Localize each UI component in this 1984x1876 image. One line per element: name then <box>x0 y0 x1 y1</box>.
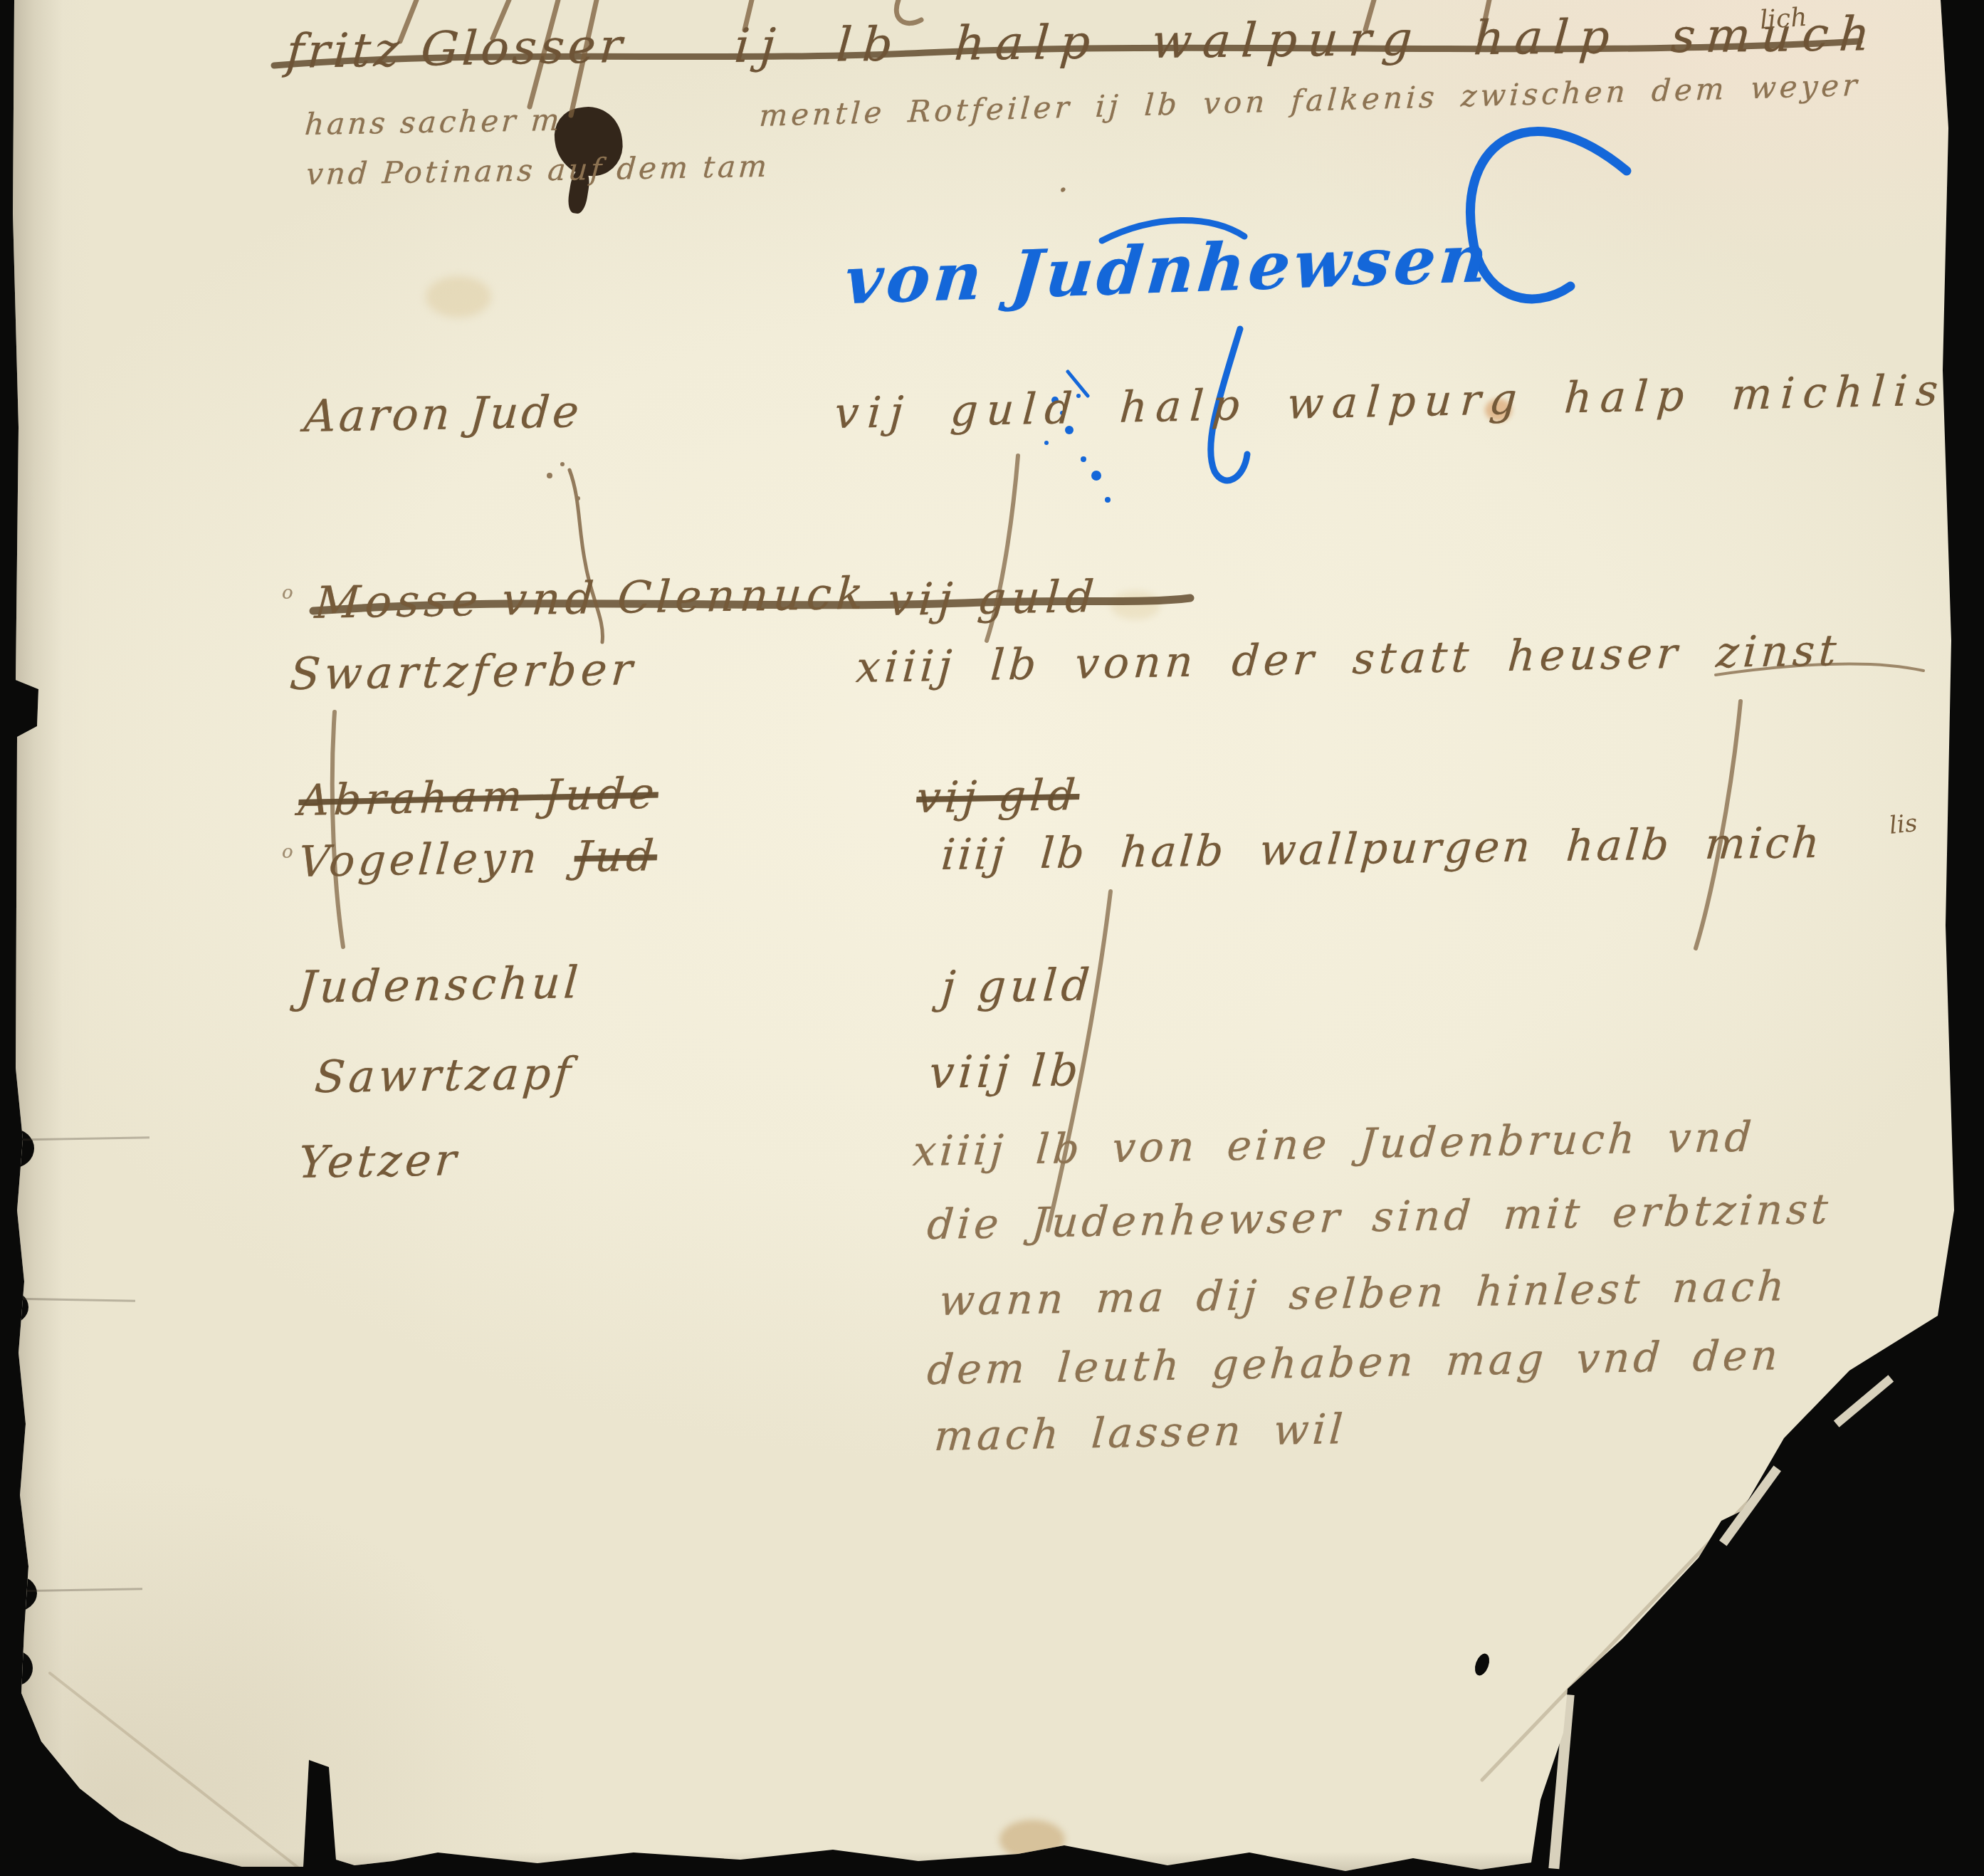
entry-name-judenschul: Judenschul <box>297 956 583 1013</box>
struck-text: Jud <box>572 831 658 882</box>
superscript-lich: lich <box>1759 3 1808 36</box>
scanned-manuscript-page: fritz Glosser ij lb halp walpurg halp sm… <box>0 0 1984 1876</box>
margin-mark: o <box>282 582 293 604</box>
name-text: Vogelleyn <box>297 833 542 887</box>
under-sheet-edge <box>1834 1375 1894 1427</box>
yetzer-note-line5: mach lassen wil <box>933 1405 1348 1460</box>
paper-creases <box>50 1454 1794 1874</box>
note-line1-start: hans sacher m <box>304 103 564 142</box>
entry-name-vogelleyn: Vogelleyn Jud <box>297 831 658 887</box>
paper-sheet: fritz Glosser ij lb halp walpurg halp sm… <box>0 0 1984 1876</box>
entry-name-mosse-clennuck: Mosse vnd Clennuck <box>313 567 870 629</box>
entry-name-fritz-glosser: fritz Glosser <box>285 19 628 79</box>
stitch-hole <box>0 1387 23 1411</box>
entry-value-mosse-clennuck: vij guld <box>886 570 1101 626</box>
entry-name-abraham-jude: Abraham Jude <box>297 768 660 826</box>
entry-value-abraham-jude: vij gld <box>915 770 1081 823</box>
worm-hole <box>1472 1652 1492 1677</box>
struck-text: vij gld <box>915 770 1081 823</box>
struck-text: Abraham Jude <box>297 768 660 826</box>
superscript-lis: lis <box>1888 809 1919 840</box>
entry-name-yetzer: Yetzer <box>297 1133 461 1188</box>
entry-name-aaron-jude: Aaron Jude <box>303 385 584 442</box>
entry-value-judenschul: j guld <box>940 958 1096 1013</box>
margin-mark: o <box>282 842 293 863</box>
entry-value-sawrtzapf: viij lb <box>928 1044 1084 1099</box>
entry-name-sawrtzapf: Sawrtzapf <box>313 1047 577 1103</box>
note-period: . <box>1058 161 1069 199</box>
entry-name-swartzferber: Swartzferber <box>288 643 639 700</box>
